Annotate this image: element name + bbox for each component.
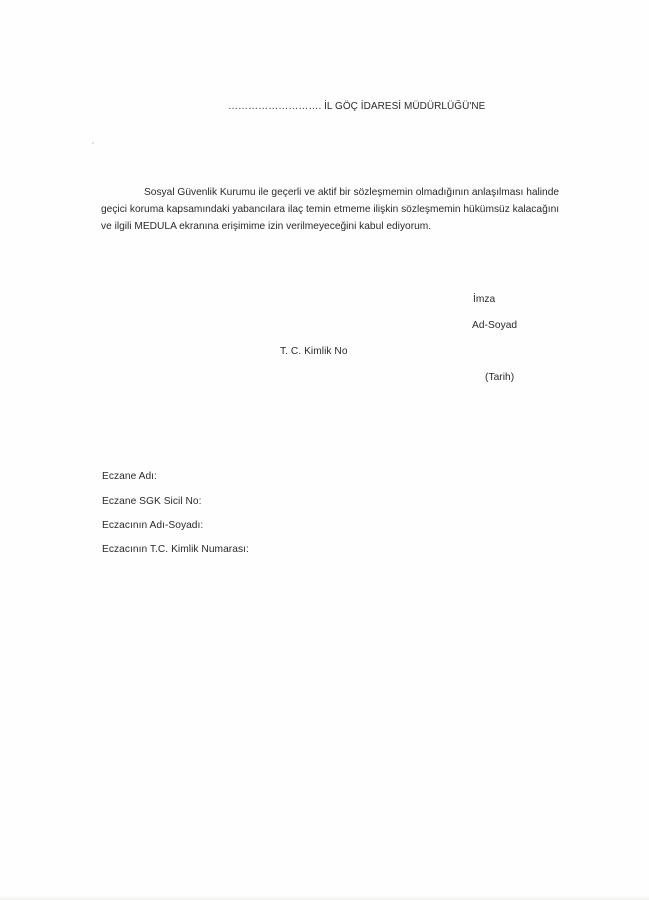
date-label: (Tarih) <box>485 372 514 383</box>
document-page: ………………………. İL GÖÇ İDARESİ MÜDÜRLÜĞÜ'NE S… <box>0 0 649 900</box>
pharmacist-tc-number-field: Eczacının T.C. Kimlik Numarası: <box>102 544 249 555</box>
paragraph-text: Sosyal Güvenlik Kurumu ile geçerli ve ak… <box>144 187 559 198</box>
paragraph-line-3: ve ilgili MEDULA ekranına erişimime izin… <box>101 218 556 235</box>
scan-edge <box>0 894 649 900</box>
paragraph-line-1: Sosyal Güvenlik Kurumu ile geçerli ve ak… <box>101 184 556 201</box>
paragraph-line-2: geçici koruma kapsamındaki yabancılara i… <box>101 201 556 218</box>
document-title: ………………………. İL GÖÇ İDARESİ MÜDÜRLÜĞÜ'NE <box>228 101 485 112</box>
name-surname-label: Ad-Soyad <box>472 320 517 331</box>
declaration-paragraph: Sosyal Güvenlik Kurumu ile geçerli ve ak… <box>101 184 556 235</box>
tc-id-label: T. C. Kimlik No <box>280 346 348 357</box>
pharmacy-name-field: Eczane Adı: <box>102 471 157 482</box>
pharmacist-name-field: Eczacının Adı-Soyadı: <box>102 520 203 531</box>
signature-label: İmza <box>473 294 495 305</box>
pharmacy-sgk-number-field: Eczane SGK Sicil No: <box>102 496 202 507</box>
scan-speck <box>92 142 94 144</box>
